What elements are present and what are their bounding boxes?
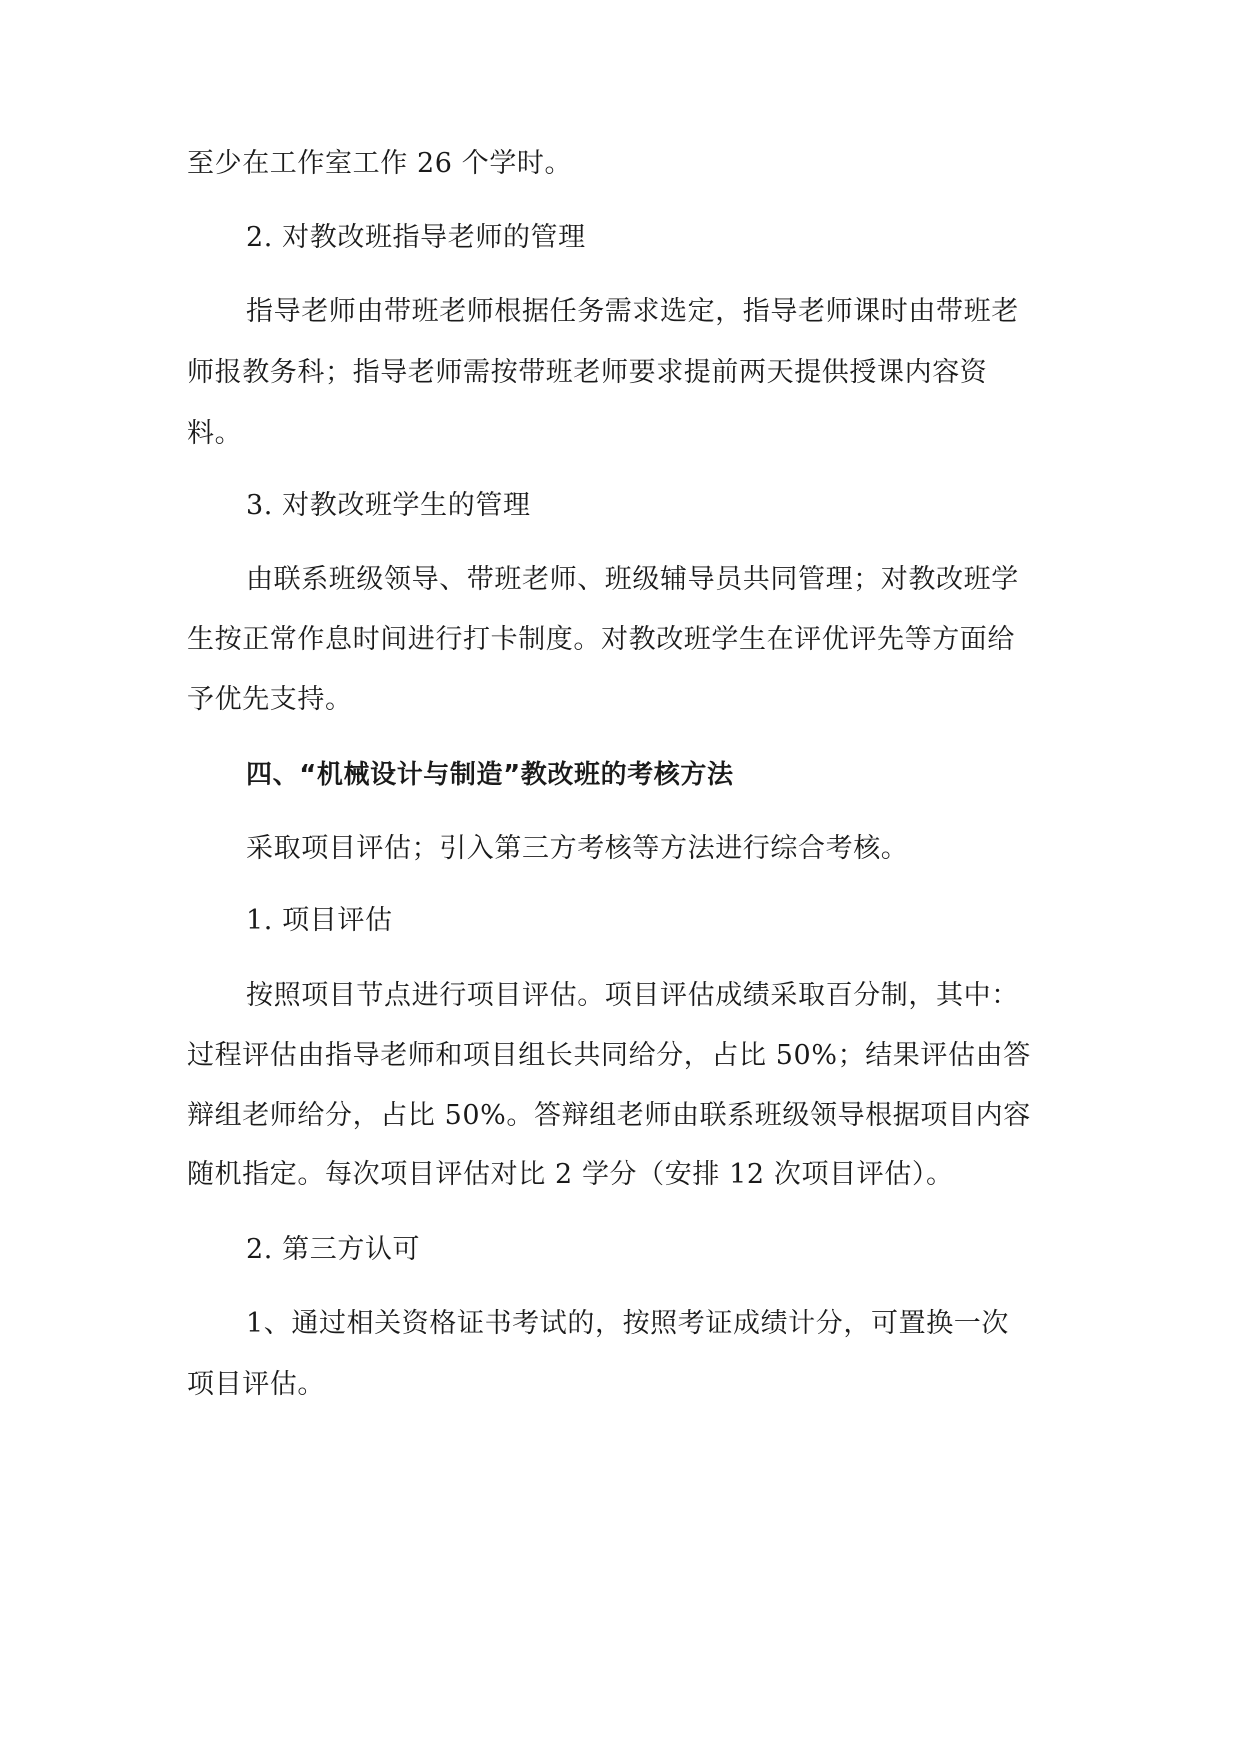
body-text-line: 1、通过相关资格证书考试的，按照考证成绩计分，可置换一次 [246, 1306, 1009, 1342]
subheading-instructor-management: 2. 对教改班指导老师的管理 [246, 220, 586, 256]
body-text-line: 料。 [187, 416, 242, 452]
body-text-line: 采取项目评估；引入第三方考核等方法进行综合考核。 [246, 831, 908, 867]
body-text-line: 随机指定。每次项目评估对比 2 学分（安排 12 次项目评估）。 [187, 1157, 954, 1193]
body-text-line: 予优先支持。 [187, 682, 353, 718]
body-text-line: 由联系班级领导、带班老师、班级辅导员共同管理；对教改班学 [246, 562, 1019, 598]
subheading-third-party-recognition: 2. 第三方认可 [246, 1232, 420, 1268]
body-text-line: 按照项目节点进行项目评估。项目评估成绩采取百分制，其中： [246, 978, 1019, 1014]
subheading-project-evaluation: 1. 项目评估 [246, 903, 393, 939]
body-text-line: 指导老师由带班老师根据任务需求选定，指导老师课时由带班老 [246, 294, 1019, 330]
document-page: 至少在工作室工作 26 个学时。 2. 对教改班指导老师的管理 指导老师由带班老… [0, 0, 1240, 1754]
body-text-line: 辩组老师给分，占比 50%。答辩组老师由联系班级领导根据项目内容 [187, 1098, 1031, 1134]
subheading-student-management: 3. 对教改班学生的管理 [246, 488, 531, 524]
body-text-line: 至少在工作室工作 26 个学时。 [187, 146, 572, 182]
body-text-line: 过程评估由指导老师和项目组长共同给分，占比 50%；结果评估由答 [187, 1038, 1031, 1074]
body-text-line: 项目评估。 [187, 1367, 325, 1403]
section-heading-assessment-methods: 四、“机械设计与制造”教改班的考核方法 [246, 757, 734, 793]
body-text-line: 师报教务科；指导老师需按带班老师要求提前两天提供授课内容资 [187, 355, 987, 391]
body-text-line: 生按正常作息时间进行打卡制度。对教改班学生在评优评先等方面给 [187, 622, 1015, 658]
